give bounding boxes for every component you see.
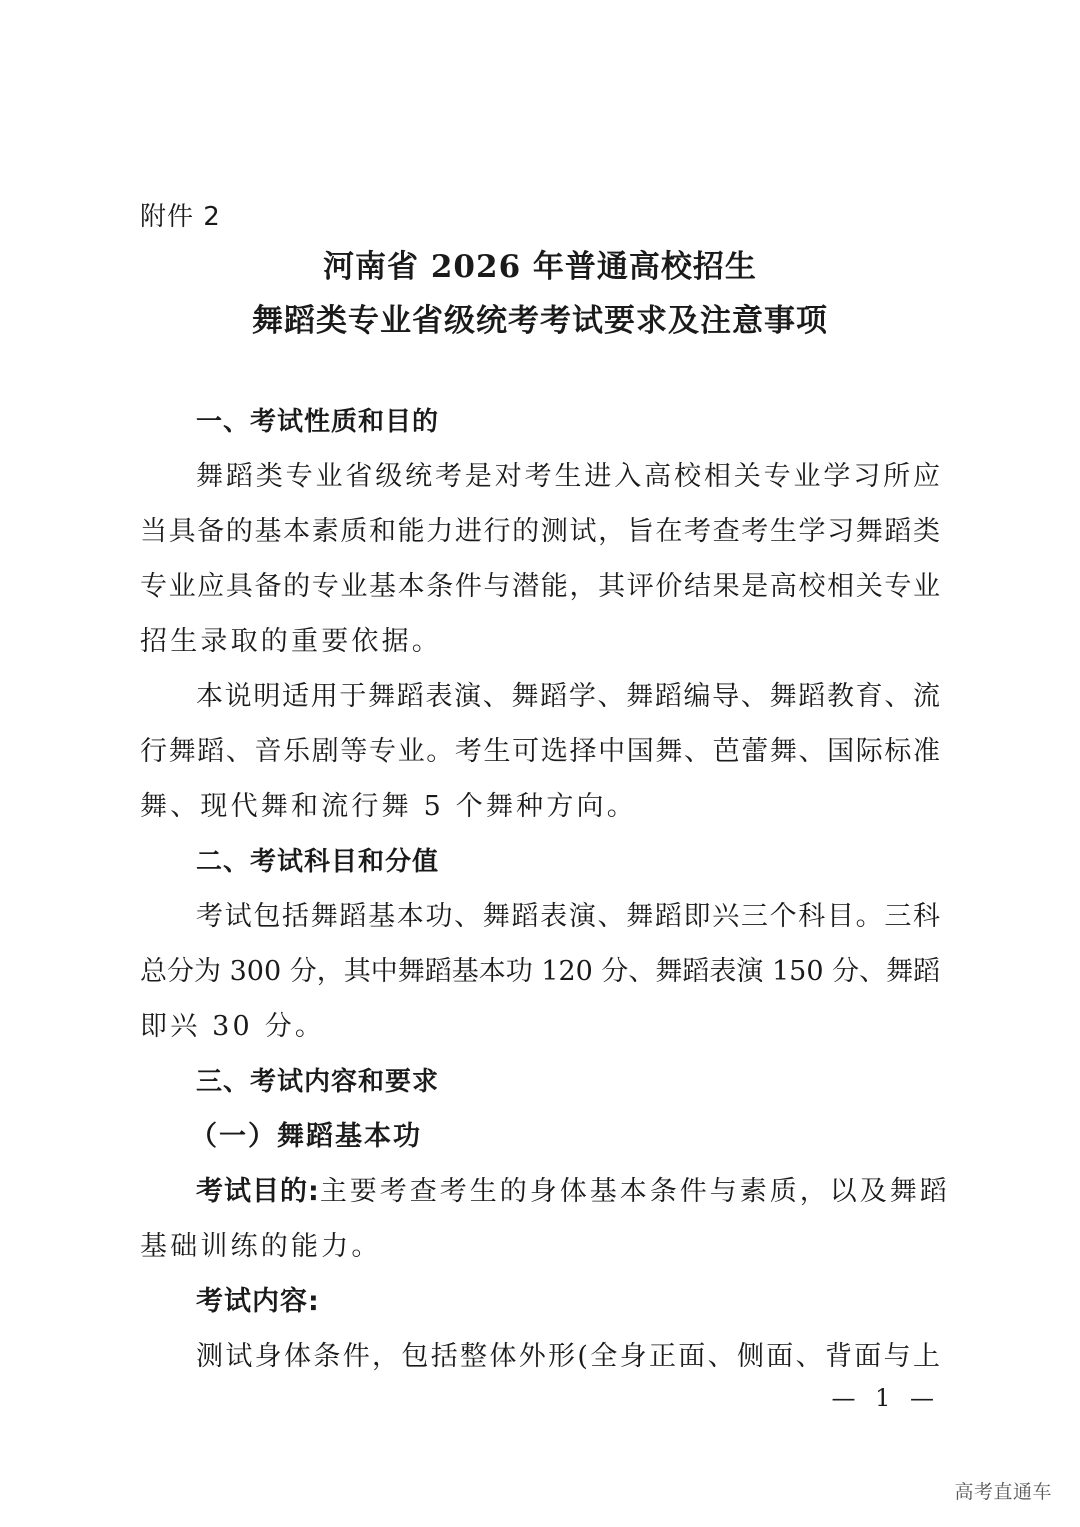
- body-line: 当具备的基本素质和能力进行的测试，旨在考查考生学习舞蹈类: [140, 515, 940, 549]
- annex-label: 附件 2: [140, 200, 221, 234]
- body-line: 即兴 30 分。: [140, 1010, 325, 1044]
- body-line: 舞蹈类专业省级统考是对考生进入高校相关专业学习所应: [196, 460, 940, 494]
- content-label: 考试内容:: [196, 1285, 320, 1319]
- body-line: 本说明适用于舞蹈表演、舞蹈学、舞蹈编导、舞蹈教育、流: [196, 680, 940, 714]
- purpose-label: 考试目的:: [196, 1175, 320, 1209]
- page-number: — 1 —: [831, 1381, 940, 1415]
- body-line: 专业应具备的专业基本条件与潜能，其评价结果是高校相关专业: [140, 570, 940, 604]
- watermark: 高考直通车: [954, 1475, 1052, 1509]
- purpose-paragraph-line: 考试目的: 主要考查考生的身体基本条件与素质，以及舞蹈: [196, 1175, 940, 1209]
- document-page: 附件 2 河南省 2026 年普通高校招生 舞蹈类专业省级统考考试要求及注意事项…: [0, 0, 1080, 1527]
- section-heading-3: 三、考试内容和要求: [196, 1065, 439, 1099]
- body-line: 总分为 300 分，其中舞蹈基本功 120 分、舞蹈表演 150 分、舞蹈: [140, 955, 940, 989]
- section-heading-1: 一、考试性质和目的: [196, 405, 439, 439]
- subsection-heading-1: （一）舞蹈基本功: [190, 1120, 422, 1154]
- purpose-text: 主要考查考生的身体基本条件与素质，以及舞蹈: [320, 1175, 950, 1209]
- body-line: 测试身体条件，包括整体外形(全身正面、侧面、背面与上: [196, 1340, 940, 1374]
- body-line: 招生录取的重要依据。: [140, 625, 442, 659]
- document-title-line-2: 舞蹈类专业省级统考考试要求及注意事项: [0, 304, 1080, 338]
- body-line: 考试包括舞蹈基本功、舞蹈表演、舞蹈即兴三个科目。三科: [196, 900, 940, 934]
- section-heading-2: 二、考试科目和分值: [196, 845, 439, 879]
- document-title-line-1: 河南省 2026 年普通高校招生: [0, 250, 1080, 284]
- body-line: 舞、现代舞和流行舞 5 个舞种方向。: [140, 790, 637, 824]
- body-line: 基础训练的能力。: [140, 1230, 382, 1264]
- body-line: 行舞蹈、音乐剧等专业。考生可选择中国舞、芭蕾舞、国际标准: [140, 735, 940, 769]
